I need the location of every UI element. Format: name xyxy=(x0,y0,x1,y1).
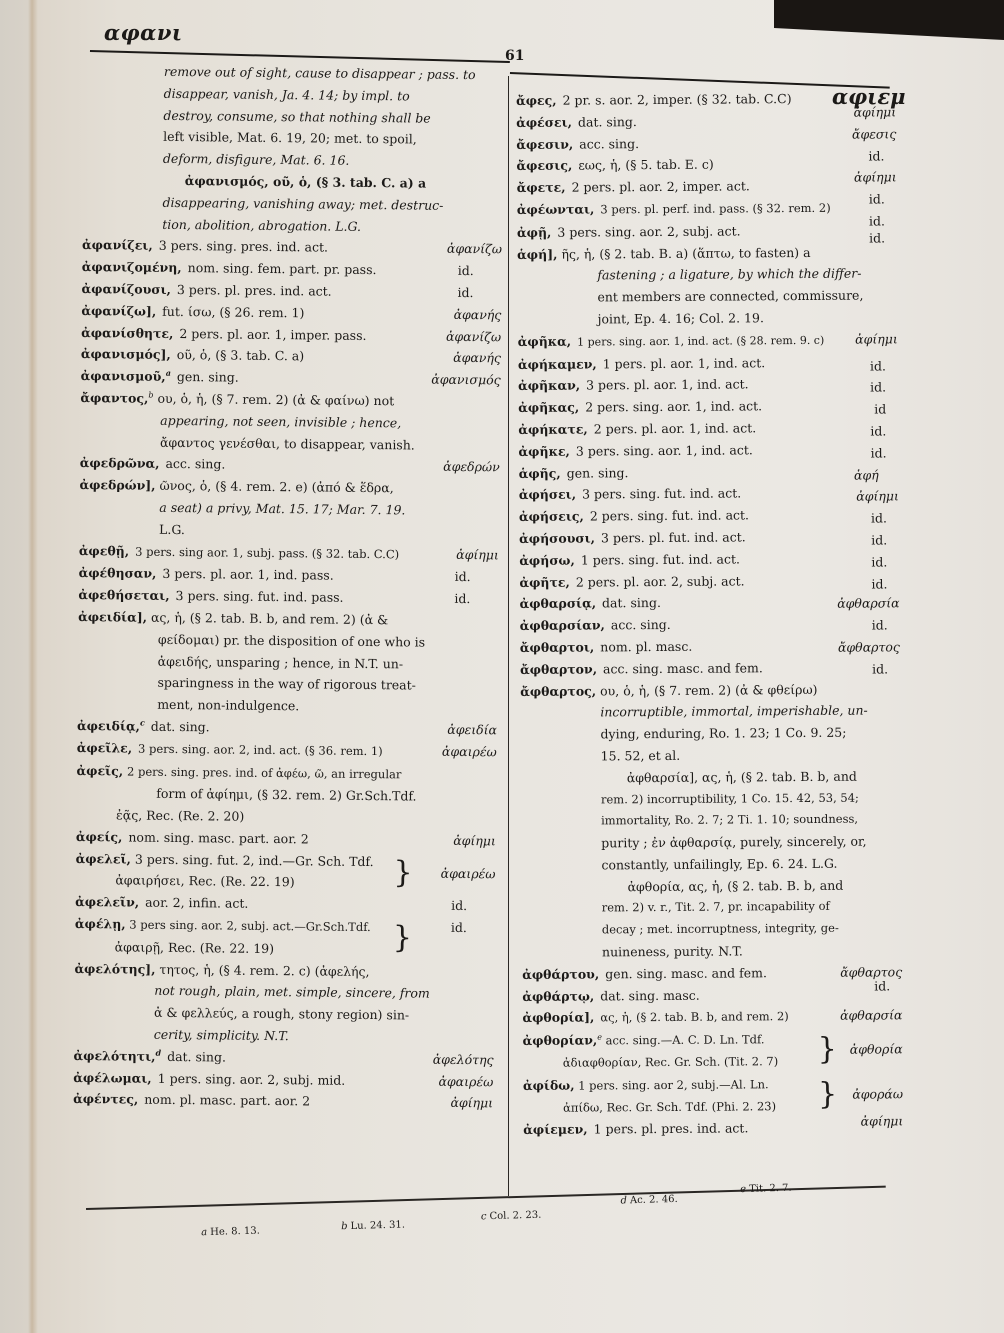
headword: ἀφήσει, xyxy=(519,484,576,506)
headword: ἄφθαρτοι, xyxy=(520,636,595,658)
text-line: decay ; met. incorruptness, integrity, g… xyxy=(522,918,902,942)
root-ref: id. xyxy=(451,917,467,939)
entry-aphedron: ἀφεδρών], ῶνος, ὁ, (§ 4. rem. 2. e) (ἀπό… xyxy=(79,474,500,544)
headword: ἀφέλωμαι, xyxy=(73,1067,152,1090)
grammar: nom. pl. masc. part. aor. 2 xyxy=(144,1089,493,1114)
braced-entry: ἀφέλῃ, 3 pers sing. aor. 2, subj. act.—G… xyxy=(75,913,495,962)
entry: ἀφῆκας, 2 pers. sing. aor. 1, ind. act. … xyxy=(518,394,898,418)
headword: ἀφεδρῶνα, xyxy=(80,452,160,475)
footnote-marker: e xyxy=(597,1033,602,1042)
headword: ἄφεσις, xyxy=(516,155,572,177)
grammar: 2 pers. pl. aor. 2, imper. act. xyxy=(571,175,896,199)
headword: ἀφειδία], xyxy=(78,609,147,625)
entry-aphelotes: ἀφελότης], τητος, ἡ, (§ 4. rem. 2. c) (ἀ… xyxy=(74,958,495,1050)
headword: ἀφήσεις, xyxy=(519,506,584,528)
entry: ἄφες, 2 pr. s. aor. 2, imper. (§ 32. tab… xyxy=(516,87,896,111)
text-line: ἀφαιρῇ, Rec. (Re. 22. 19) xyxy=(75,936,495,962)
headword: ἀφελεῖ, xyxy=(76,851,131,867)
header-rule-right xyxy=(510,72,890,88)
grammar: 2 pers. pl. aor. 1, ind. act. xyxy=(594,416,899,440)
text-line: incorruptible, immortal, imperishable, u… xyxy=(520,700,900,724)
text-line: joint, Ep. 4. 16; Col. 2. 19. xyxy=(518,306,898,330)
grammar: 3 pers. sing. fut. ind. pass. xyxy=(175,585,498,610)
text-line: disappear, vanish, Ja. 4. 14; by impl. t… xyxy=(164,83,504,108)
root-ref: ἀφοράω xyxy=(852,1083,903,1105)
headword: ἀφανίσθητε, xyxy=(81,322,174,345)
headword: ἀφήσουσι, xyxy=(519,527,595,549)
braced-entry: ἀφίδω, 1 pers. sing. aor 2, subj.—Al. Ln… xyxy=(523,1072,903,1119)
grammar: 3 pers. sing. aor. 1, ind. act. xyxy=(576,438,899,462)
footnotes: aHe. 8. 13. bLu. 24. 31. cCol. 2. 23. dA… xyxy=(100,1168,901,1230)
text-line: 15. 52, et al. xyxy=(521,743,901,767)
headword: ἀφέσει, xyxy=(516,111,572,133)
root-ref: ἀφανής xyxy=(454,304,502,326)
root-ref: ἀφαιρέω xyxy=(442,740,497,762)
grammar: 2 pr. s. aor. 2, imper. (§ 32. tab. C.C) xyxy=(562,87,896,111)
entry: ἀφήσει, 3 pers. sing. fut. ind. act. ἀφί… xyxy=(519,482,899,506)
root-ref: id. xyxy=(869,227,885,249)
root-ref: ἀφανίζω xyxy=(446,325,501,347)
entry: ἄφθαρτον, acc. sing. masc. and fem. id. xyxy=(520,656,900,680)
grammar: 2 pers. sing. fut. ind. act. xyxy=(590,503,899,527)
entry: ἀφήκατε, 2 pers. pl. aor. 1, ind. act. i… xyxy=(518,416,898,440)
entry: ἀφῆκα, 1 pers. sing. aor. 1, ind. act. (… xyxy=(518,328,898,353)
footnote-d: dAc. 2. 46. xyxy=(620,1194,678,1207)
headword: ἀφῇ, xyxy=(517,222,552,244)
headword: ἀφῆκας, xyxy=(518,397,579,419)
text-line: immortality, Ro. 2. 7; 2 Ti. 1. 10; soun… xyxy=(521,809,901,833)
text-line: constantly, unfailingly, Ep. 6. 24. L.G. xyxy=(521,852,901,876)
entry: ἀφέωνται, 3 pers. pl. perf. ind. pass. (… xyxy=(517,196,897,221)
text-line: ἀφθαρσία], ας, ἡ, (§ 2. tab. B. b, and xyxy=(521,765,901,789)
entry: ἀφῆτε, 2 pers. pl. aor. 2, subj. act. id… xyxy=(519,569,899,593)
text-line: ἀδιαφθορίαν, Rec. Gr. Sch. (Tit. 2. 7) xyxy=(523,1050,903,1074)
entry: ἄφεσιν, acc. sing. id. xyxy=(516,131,896,155)
root-ref: ἀφεδρών xyxy=(443,456,500,478)
root-ref: ἀφθορία xyxy=(850,1039,903,1061)
text-line: fastening ; a ligature, by which the dif… xyxy=(517,263,897,287)
headword: ἀφανισμοῦ,a xyxy=(81,365,171,388)
root-ref: ἀφίημι xyxy=(855,328,898,350)
entry: ἄφετε, 2 pers. pl. aor. 2, imper. act. i… xyxy=(517,175,897,199)
headword: ἄφες, xyxy=(516,90,557,112)
grammar: acc. sing. xyxy=(579,131,896,155)
headword: ἀφέλῃ, xyxy=(75,916,126,932)
brace-icon: } xyxy=(393,918,413,958)
entry: ἀφέσει, dat. sing. ἄφεσις xyxy=(516,109,896,133)
text-line: ἀπίδω, Rec. Gr. Sch. Tdf. (Phi. 2. 23) xyxy=(523,1095,903,1119)
headword: ἀφήκατε, xyxy=(518,418,588,440)
grammar: 3 pers. sing. aor. 2, subj. act. xyxy=(557,219,897,243)
headword: ἀφείς, xyxy=(76,826,123,848)
headword: ἀφήκαμεν, xyxy=(518,353,597,375)
footnote-b: bLu. 24. 31. xyxy=(341,1220,405,1233)
root-ref: id. xyxy=(872,658,888,680)
entry: ἀφανισμοῦ,a gen. sing. ἀφανισμός xyxy=(81,365,501,391)
grammar: dat. sing. masc. xyxy=(600,983,902,1007)
dictionary-page: αφανι 61 αφιεμ remove out of sight, caus… xyxy=(0,0,1004,1333)
headword: ἀφελότητι,d xyxy=(73,1045,161,1068)
root-ref: ἀφίημι xyxy=(861,1111,904,1133)
headword: ἄφθαρτος, xyxy=(520,683,596,699)
grammar: 2 pers. sing. aor. 1, ind. act. xyxy=(585,394,898,418)
column-divider xyxy=(508,76,509,1196)
grammar: 1 pers. sing. fut. ind. act. xyxy=(581,547,900,571)
root-ref: id. xyxy=(457,282,473,304)
headword: ἀφελότης], xyxy=(74,961,155,977)
grammar: 3 pers. pl. aor. 1, ind. act. xyxy=(586,373,898,397)
footnote-marker: a xyxy=(166,368,171,378)
headword: ἀφθάρτῳ, xyxy=(522,985,594,1007)
grammar: εως, ἡ, (§ 5. tab. E. c) xyxy=(578,153,896,177)
footnote-marker: d xyxy=(156,1048,162,1058)
text-line: ἁφή], ῆς, ἡ, (§ 2. tab. B. a) (ἅπτω, to … xyxy=(517,241,897,265)
text-line: disappearing, vanishing away; met. destr… xyxy=(162,192,502,217)
root-ref: ἀφθαρσία xyxy=(840,1005,903,1027)
text-line: nuineness, purity. N.T. xyxy=(522,939,902,963)
root-ref: id. xyxy=(451,895,467,917)
text-line: ἀφθορίαν,e acc. sing.—A. C. D. Ln. Tdf. xyxy=(523,1028,903,1053)
entry: ἀφεθήσεται, 3 pers. sing. fut. ind. pass… xyxy=(78,584,498,610)
entry: ἀφήκαμεν, 1 pers. pl. aor. 1, ind. act. … xyxy=(518,351,898,375)
footnote-marker: c xyxy=(140,717,145,727)
entry: ἀφήσω, 1 pers. sing. fut. ind. act. id. xyxy=(519,547,899,571)
headword: ἀφθάρτου, xyxy=(522,963,599,985)
sub-entry-aphtharsia: ἀφθαρσία], ας, ἡ, (§ 2. tab. B. b, and r… xyxy=(521,765,902,877)
entry: ἀφθορία], ας, ἡ, (§ 2. tab. B. b, and re… xyxy=(522,1005,902,1030)
root-ref: ἀφανής xyxy=(453,347,501,369)
grammar: 1 pers. sing. aor. 1, ind. act. (§ 28. r… xyxy=(577,329,898,353)
headword: ἀφανίζω], xyxy=(81,300,156,323)
entry: ἀφεῖλε, 3 pers. sing. aor. 2, ind. act. … xyxy=(77,737,497,764)
text-line: ἄφαντος,b ου, ὁ, ἡ, (§ 7. rem. 2) (ἀ & φ… xyxy=(80,387,500,413)
entry: ἀφθάρτῳ, dat. sing. masc. id. xyxy=(522,983,902,1007)
headword: ἀφίδω, xyxy=(523,1077,575,1092)
root-ref: id. xyxy=(874,975,890,997)
headword: ἀφῆκε, xyxy=(518,440,569,462)
headword: ἀφῆκαν, xyxy=(518,375,580,397)
braced-entry: ἀφελεῖ, 3 pers. sing. fut. 2, ind.—Gr. S… xyxy=(75,848,495,896)
entry: ἀφέντες, nom. pl. masc. part. aor. 2 ἀφί… xyxy=(73,1088,493,1114)
headword: ἀφανιζομένη, xyxy=(82,256,182,279)
text-line: rem. 2) v. r., Tit. 2. 7, pr. incapabili… xyxy=(522,896,902,920)
grammar: 2 pers. pl. aor. 2, subj. act. xyxy=(576,569,900,593)
headword: ἀφεῖλε, xyxy=(77,737,133,759)
entry: ἀφίεμεν, 1 pers. pl. pres. ind. act. ἀφί… xyxy=(523,1117,903,1141)
entry-aphe: ἁφή], ῆς, ἡ, (§ 2. tab. B. a) (ἅπτω, to … xyxy=(517,241,898,331)
root-ref: ἀφειδία xyxy=(447,719,497,741)
text-line: ἀφίδω, 1 pers. sing. aor 2, subj.—Al. Ln… xyxy=(523,1072,903,1097)
grammar: dat. sing. xyxy=(578,109,896,133)
headword: ἀφέθησαν, xyxy=(79,562,157,585)
headword: ἄφεσιν, xyxy=(516,133,573,155)
braced-entry: ἀφθορίαν,e acc. sing.—A. C. D. Ln. Tdf. … xyxy=(523,1028,903,1075)
root-ref: ἀφαιρέω xyxy=(441,862,496,884)
root-ref: ἀφελότης xyxy=(433,1049,494,1071)
text-line: ent members are connected, commissure, xyxy=(517,285,897,309)
entry: ἀφήσεις, 2 pers. sing. fut. ind. act. id… xyxy=(519,503,899,527)
brace-icon: } xyxy=(393,853,413,893)
root-ref: ἀφίημι xyxy=(453,830,496,852)
headword: ἀφίεμεν, xyxy=(523,1119,588,1141)
text-line: ἀφεδρών], ῶνος, ὁ, (§ 4. rem. 2. e) (ἀπό… xyxy=(79,474,499,500)
headword: ἀφθαρσίᾳ, xyxy=(520,593,597,615)
grammar: 3 pers. pl. perf. ind. pass. (§ 32. rem.… xyxy=(600,197,897,221)
entry-apheidia: ἀφειδία], ας, ἡ, (§ 2. tab. B. b, and re… xyxy=(77,606,498,719)
root-ref: ἀφίημι xyxy=(456,543,499,565)
entry: ἀφθάρτου, gen. sing. masc. and fem. ἄφθα… xyxy=(522,961,902,985)
grammar: 1 pers. pl. pres. ind. act. xyxy=(594,1117,904,1141)
footnote-e: eTit. 2. 7. xyxy=(740,1183,792,1195)
grammar: gen. sing. xyxy=(567,460,899,484)
headword: ἁφῆς, xyxy=(519,462,561,484)
headword: ἀφεθήσεται, xyxy=(78,584,169,607)
right-column: ἄφες, 2 pr. s. aor. 2, imper. (§ 32. tab… xyxy=(516,87,903,1141)
entry: ἀφεδρῶνα, acc. sing. ἀφεδρών xyxy=(80,452,500,478)
headword: ἀφθορία], xyxy=(522,1007,594,1029)
headword: ἄφετε, xyxy=(517,177,566,199)
text-line: ἀφθορία, ας, ἡ, (§ 2. tab. B. b, and xyxy=(521,874,901,898)
entry: ἀφῆκε, 3 pers. sing. aor. 1, ind. act. i… xyxy=(518,438,898,462)
entry-aphthartos: ἄφθαρτος, ου, ὁ, ἡ, (§ 7. rem. 2) (ἀ & φ… xyxy=(520,678,901,768)
root-ref: ἄφθαρτος xyxy=(840,961,902,983)
headword: ἀφθαρσίαν, xyxy=(520,615,605,637)
grammar: 1 pers. pl. aor. 1, ind. act. xyxy=(603,351,898,375)
text-line: dying, enduring, Ro. 1. 23; 1 Co. 9. 25; xyxy=(520,721,900,745)
footnote-marker: b xyxy=(148,390,153,399)
grammar: acc. sing. xyxy=(611,612,900,636)
headword: ἀφεθῇ, xyxy=(79,540,130,562)
headword: ἄφαντος, xyxy=(80,390,148,406)
headword: ἀφέντες, xyxy=(73,1088,138,1110)
root-ref: id. xyxy=(455,566,471,588)
entry: ἀφῆκαν, 3 pers. pl. aor. 1, ind. act. id… xyxy=(518,373,898,397)
text-line: rem. 2) incorruptibility, 1 Co. 15. 42, … xyxy=(521,787,901,811)
entry: ἁφῆς, gen. sing. ἁφή xyxy=(519,460,899,484)
headword: ἄφθαρτον, xyxy=(520,658,597,680)
entry-apheis: ἀφεῖς, 2 pers. sing. pres. ind. of ἀφέω,… xyxy=(76,759,497,830)
headword: ἀφεδρών], xyxy=(79,477,155,493)
brace-icon: } xyxy=(818,1075,837,1115)
footnote-a: aHe. 8. 13. xyxy=(201,1226,260,1239)
text-line: ἀφειδία], ας, ἡ, (§ 2. tab. B. b, and re… xyxy=(78,606,498,632)
running-head-left: αφανι xyxy=(104,20,183,45)
headword: ἀφανισμός], xyxy=(81,343,171,366)
root-ref: id. xyxy=(872,615,888,637)
root-ref: ἀφανισμός xyxy=(431,369,501,392)
headword: ἀφέωνται, xyxy=(517,198,595,220)
entry: ἄφθαρτοι, nom. pl. masc. ἄφθαρτος xyxy=(520,634,900,658)
root-ref: id. xyxy=(454,588,470,610)
brace-icon: } xyxy=(818,1030,837,1070)
grammar: acc. sing. masc. and fem. xyxy=(603,656,900,680)
headword: ἀφειδίᾳ,c xyxy=(77,715,145,738)
headword: ἀφήσω, xyxy=(519,549,575,571)
root-ref: ἀφανίζω xyxy=(447,238,502,260)
grammar: 3 pers. sing. fut. ind. act. xyxy=(582,482,899,506)
footnote-c: cCol. 2. 23. xyxy=(481,1210,542,1223)
headword: ἀφῆτε, xyxy=(519,571,570,593)
headword: ἀφανίζει, xyxy=(82,234,153,257)
text-line: ἀφεῖς, 2 pers. sing. pres. ind. of ἀφέω,… xyxy=(76,759,496,786)
headword: ἀφθορίαν, xyxy=(523,1033,598,1049)
entry: ἀφθαρσίαν, acc. sing. id. xyxy=(520,612,900,636)
continued-definition: remove out of sight, cause to disappear … xyxy=(82,60,504,239)
entry: ἄφεσις, εως, ἡ, (§ 5. tab. E. c) ἀφίημι xyxy=(516,153,896,177)
headword: ἀφελεῖν, xyxy=(75,891,139,913)
text-line: purity ; ἐν ἀφθαρσίᾳ, purely, sincerely,… xyxy=(521,830,901,854)
headword: ἀφῆκα, xyxy=(518,330,572,352)
text-line: ἄφθαρτος, ου, ὁ, ἡ, (§ 7. rem. 2) (ἀ & φ… xyxy=(520,678,900,702)
sub-entry-aphthoria: ἀφθορία, ας, ἡ, (§ 2. tab. B. b, and rem… xyxy=(521,874,902,964)
root-ref: id. xyxy=(458,260,474,282)
entry: ἀφθαρσίᾳ, dat. sing. ἀφθαρσία xyxy=(520,591,900,615)
entry: ἀφήσουσι, 3 pers. pl. fut. ind. act. id. xyxy=(519,525,899,549)
grammar: 3 pers. pl. fut. ind. act. xyxy=(601,525,899,549)
background-shadow xyxy=(774,0,1004,40)
entry: ἀφῇ, 3 pers. sing. aor. 2, subj. act. id… xyxy=(517,219,897,243)
root-ref: ἀφίημι xyxy=(450,1092,493,1114)
headword: ἁφή], xyxy=(517,246,557,261)
root-ref: ἀφαιρέω xyxy=(438,1070,493,1092)
headword: ἀφανίζουσι, xyxy=(81,278,171,301)
headword: ἀφεῖς, xyxy=(76,762,123,777)
left-column: remove out of sight, cause to disappear … xyxy=(73,60,504,1115)
entry-aphantos: ἄφαντος,b ου, ὁ, ἡ, (§ 7. rem. 2) (ἀ & φ… xyxy=(80,387,501,457)
